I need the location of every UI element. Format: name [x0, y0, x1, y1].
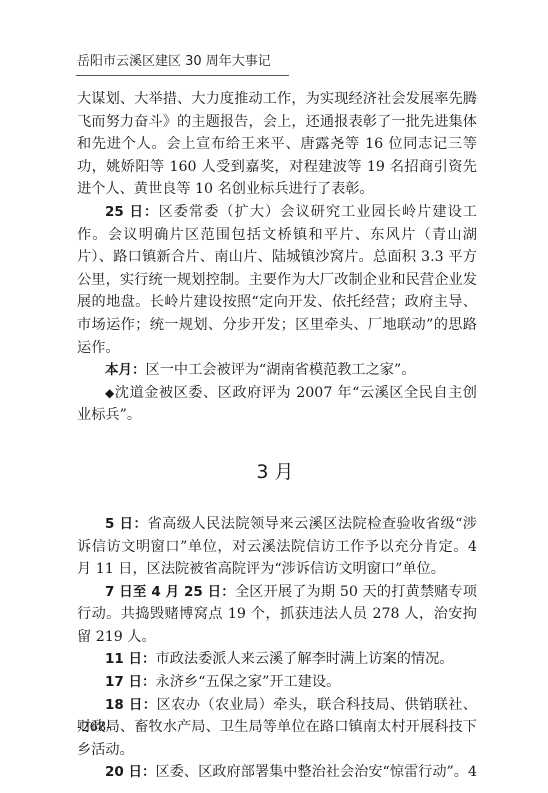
header-rule [76, 75, 289, 76]
entry-text: 区委常委（扩大）会议研究工业园长岭片建设工作。会议明确片区范围包括文桥镇和平片、… [77, 204, 477, 356]
entry-date: 18 日： [105, 697, 157, 713]
entry-text: 区委、区政府部署集中整治社会治安“惊雷行动”。4 [156, 764, 477, 780]
entry-text: 市政法委派人来云溪了解李时满上访案的情况。 [156, 651, 454, 667]
entry-mar-17: 17 日：永济乡“五保之家”开工建设。 [77, 671, 477, 694]
entry-mar-7: 7 日至 4 月 25 日：全区开展了为期 50 天的打黄禁赌专项行动。共捣毁赌… [77, 581, 477, 649]
entry-date: 本月： [105, 362, 146, 378]
entry-text: 沈道金被区委、区政府评为 2007 年“云溪区全民自主创业标兵”。 [77, 385, 477, 424]
entry-mar-5: 5 日：省高级人民法院领导来云溪区法院检查验收省级“涉诉信访文明窗口”单位，对云… [77, 513, 477, 581]
month-heading: 3 月 [77, 460, 477, 484]
entry-text: 区一中工会被评为“湖南省模范教工之家”。 [146, 362, 416, 378]
entry-date: 7 日至 4 月 25 日： [105, 584, 235, 600]
entry-date: 20 日： [105, 764, 156, 780]
entry-mar-11: 11 日：市政法委派人来云溪了解李时满上访案的情况。 [77, 648, 477, 671]
page-body: 大谋划、大举措、大力度推动工作，为实现经济社会发展率先腾飞而努力奋斗》的主题报告… [77, 88, 477, 784]
entry-feb-bullet: ◆沈道金被区委、区政府评为 2007 年“云溪区全民自主创业标兵”。 [77, 382, 477, 427]
page-number: -268- [77, 720, 111, 735]
entry-date: 25 日： [105, 204, 159, 220]
entry-mar-18: 18 日：区农办（农业局）牵头，联合科技局、供销联社、财政局、畜牧水产局、卫生局… [77, 694, 477, 762]
entry-feb-this-month: 本月：区一中工会被评为“湖南省模范教工之家”。 [77, 359, 477, 382]
entry-date: 17 日： [105, 674, 156, 690]
entry-date: 11 日： [105, 651, 156, 667]
continuation-paragraph: 大谋划、大举措、大力度推动工作，为实现经济社会发展率先腾飞而努力奋斗》的主题报告… [77, 88, 477, 201]
entry-mar-20: 20 日：区委、区政府部署集中整治社会治安“惊雷行动”。4 [77, 761, 477, 784]
diamond-bullet-icon: ◆ [105, 386, 115, 400]
entry-feb-25: 25 日：区委常委（扩大）会议研究工业园长岭片建设工作。会议明确片区范围包括文桥… [77, 201, 477, 359]
running-header-title: 岳阳市云溪区建区 30 周年大事记 [77, 50, 271, 69]
entry-text: 永济乡“五保之家”开工建设。 [156, 674, 341, 690]
entry-date: 5 日： [105, 516, 147, 532]
